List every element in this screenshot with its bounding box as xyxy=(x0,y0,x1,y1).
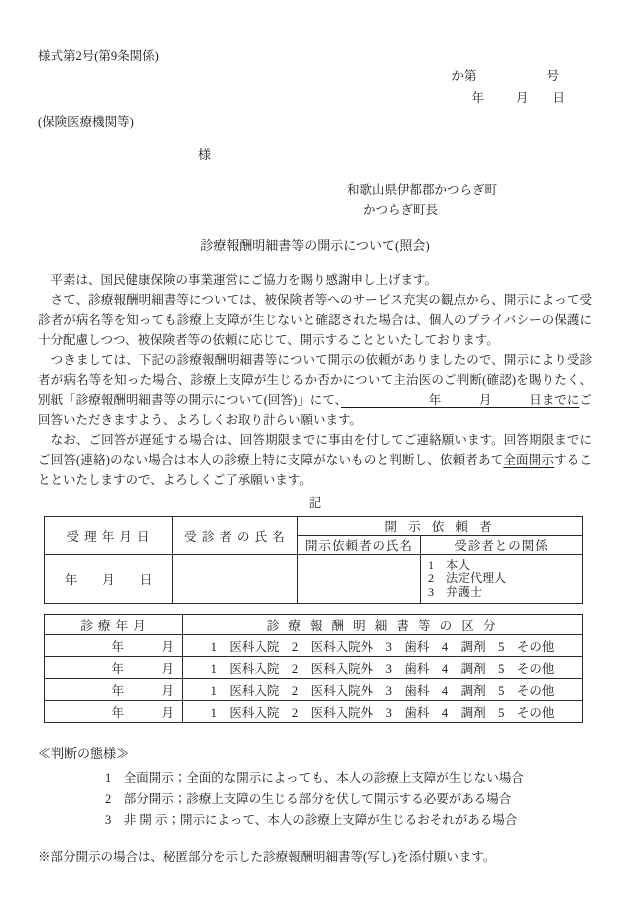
recipient-type-note: (保険医療機関等) xyxy=(38,112,592,134)
document-title: 診療報酬明細書等の開示について(照会) xyxy=(38,235,592,257)
treatment-table-header-row: 診 療 年 月 診 療 報 酬 明 細 書 等 の 区 分 xyxy=(45,615,583,635)
judgment-items: 1 全面開示；全面的な開示によっても、本人の診療上支障が生じない場合 2 部分開… xyxy=(105,768,592,831)
full-disclosure-emphasis: 全面開示 xyxy=(503,453,554,467)
judgment-item-partial-disclosure: 2 部分開示；診療上支障の生じる部分を伏して開示する必要がある場合 xyxy=(105,789,592,810)
category-options-cell: 1 医科入院 2 医科入院外 3 歯科 4 調剤 5 その他 xyxy=(183,635,583,657)
judgment-heading: ≪判断の態様≫ xyxy=(38,743,592,765)
sender-title: かつらぎ町長 xyxy=(363,200,592,220)
judgment-item-non-disclosure: 3 非 開 示；開示によって、本人の診療上支障が生じるおそれがある場合 xyxy=(105,810,592,831)
request-paragraph: つきましては、下記の診療報酬明細書等について開示の依頼がありましたので、開示によ… xyxy=(38,350,592,430)
issue-date-line: 年月日 xyxy=(38,88,592,110)
month-label: 月 xyxy=(516,91,529,105)
treatment-table-row: 年 月 1 医科入院 2 医科入院外 3 歯科 4 調剤 5 その他 xyxy=(45,657,583,679)
document-number-prefix: か第 xyxy=(451,69,476,83)
relation-option: 3 弁護士 xyxy=(428,586,582,600)
requester-name-cell xyxy=(298,555,421,604)
treatment-table-row: 年 月 1 医科入院 2 医科入院外 3 歯科 4 調剤 5 その他 xyxy=(45,679,583,701)
reception-table-row: 年 月 日 1 本人 2 法定代理人 3 弁護士 xyxy=(45,555,583,604)
treatment-table-row: 年 月 1 医科入院 2 医科入院外 3 歯科 4 調剤 5 その他 xyxy=(45,635,583,657)
deadline-notice-paragraph: なお、ご回答が遅延する場合は、回答期限までに事由を付してご連絡願います。回答期限… xyxy=(38,430,592,490)
policy-paragraph: さて、診療報酬明細書等については、被保険者等へのサービス充実の観点から、開示によ… xyxy=(38,290,592,350)
year-label: 年 xyxy=(471,91,484,105)
treatment-month-cell: 年 月 xyxy=(45,701,183,723)
blank-fill-space xyxy=(476,79,546,80)
category-options-cell: 1 医科入院 2 医科入院外 3 歯科 4 調剤 5 その他 xyxy=(183,657,583,679)
judgment-item-full-disclosure: 1 全面開示；全面的な開示によっても、本人の診療上支障が生じない場合 xyxy=(105,768,592,789)
requester-group-header: 開 示 依 頼 者 xyxy=(298,517,583,536)
statement-category-header: 診 療 報 酬 明 細 書 等 の 区 分 xyxy=(183,615,583,635)
reception-table: 受 理 年 月 日 受 診 者 の 氏 名 開 示 依 頼 者 開示依頼者の氏名… xyxy=(44,516,583,604)
relation-options-cell: 1 本人 2 法定代理人 3 弁護士 xyxy=(421,555,583,604)
record-marker: 記 xyxy=(38,493,592,513)
document-number-line: か第号 xyxy=(38,66,592,88)
treatment-month-cell: 年 月 xyxy=(45,635,183,657)
blank-fill-space xyxy=(528,101,552,102)
treatment-month-cell: 年 月 xyxy=(45,679,183,701)
relation-option: 2 法定代理人 xyxy=(428,572,582,586)
receipt-date-header: 受 理 年 月 日 xyxy=(45,517,173,555)
category-options-cell: 1 医科入院 2 医科入院外 3 歯科 4 調剤 5 その他 xyxy=(183,701,583,723)
addressee-suffix: 様 xyxy=(198,144,592,166)
treatment-month-cell: 年 月 xyxy=(45,657,183,679)
treatment-table-row: 年 月 1 医科入院 2 医科入院外 3 歯科 4 調剤 5 その他 xyxy=(45,701,583,723)
treatment-month-header: 診 療 年 月 xyxy=(45,615,183,635)
category-options-cell: 1 医科入院 2 医科入院外 3 歯科 4 調剤 5 その他 xyxy=(183,679,583,701)
body-text: 平素は、国民健康保険の事業運営にご協力を賜り感謝申し上げます。 さて、診療報酬明… xyxy=(38,270,592,490)
sender-address: 和歌山県伊都郡かつらぎ町 xyxy=(347,180,592,200)
treatment-table: 診 療 年 月 診 療 報 酬 明 細 書 等 の 区 分 年 月 1 医科入院… xyxy=(44,614,583,723)
blank-fill-space xyxy=(484,101,516,102)
requester-name-header: 開示依頼者の氏名 xyxy=(298,536,421,555)
document-page: 様式第2号(第9条関係) か第号 年月日 (保険医療機関等) 様 和歌山県伊都郡… xyxy=(0,0,630,903)
day-label: 日 xyxy=(552,91,565,105)
patient-name-header: 受 診 者 の 氏 名 xyxy=(173,517,298,555)
receipt-date-cell: 年 月 日 xyxy=(45,555,173,604)
greeting-paragraph: 平素は、国民健康保険の事業運営にご協力を賜り感謝申し上げます。 xyxy=(38,270,592,290)
reply-deadline-blank: 年 月 日までに xyxy=(341,393,580,407)
form-number: 様式第2号(第9条関係) xyxy=(38,46,592,66)
reception-table-header-row-1: 受 理 年 月 日 受 診 者 の 氏 名 開 示 依 頼 者 xyxy=(45,517,583,536)
partial-disclosure-footnote: ※部分開示の場合は、秘匿部分を示した診療報酬明細書等(写し)を添付願います。 xyxy=(38,847,592,865)
document-number-suffix: 号 xyxy=(546,69,559,83)
relation-header: 受診者との関係 xyxy=(421,536,583,555)
patient-name-cell xyxy=(173,555,298,604)
